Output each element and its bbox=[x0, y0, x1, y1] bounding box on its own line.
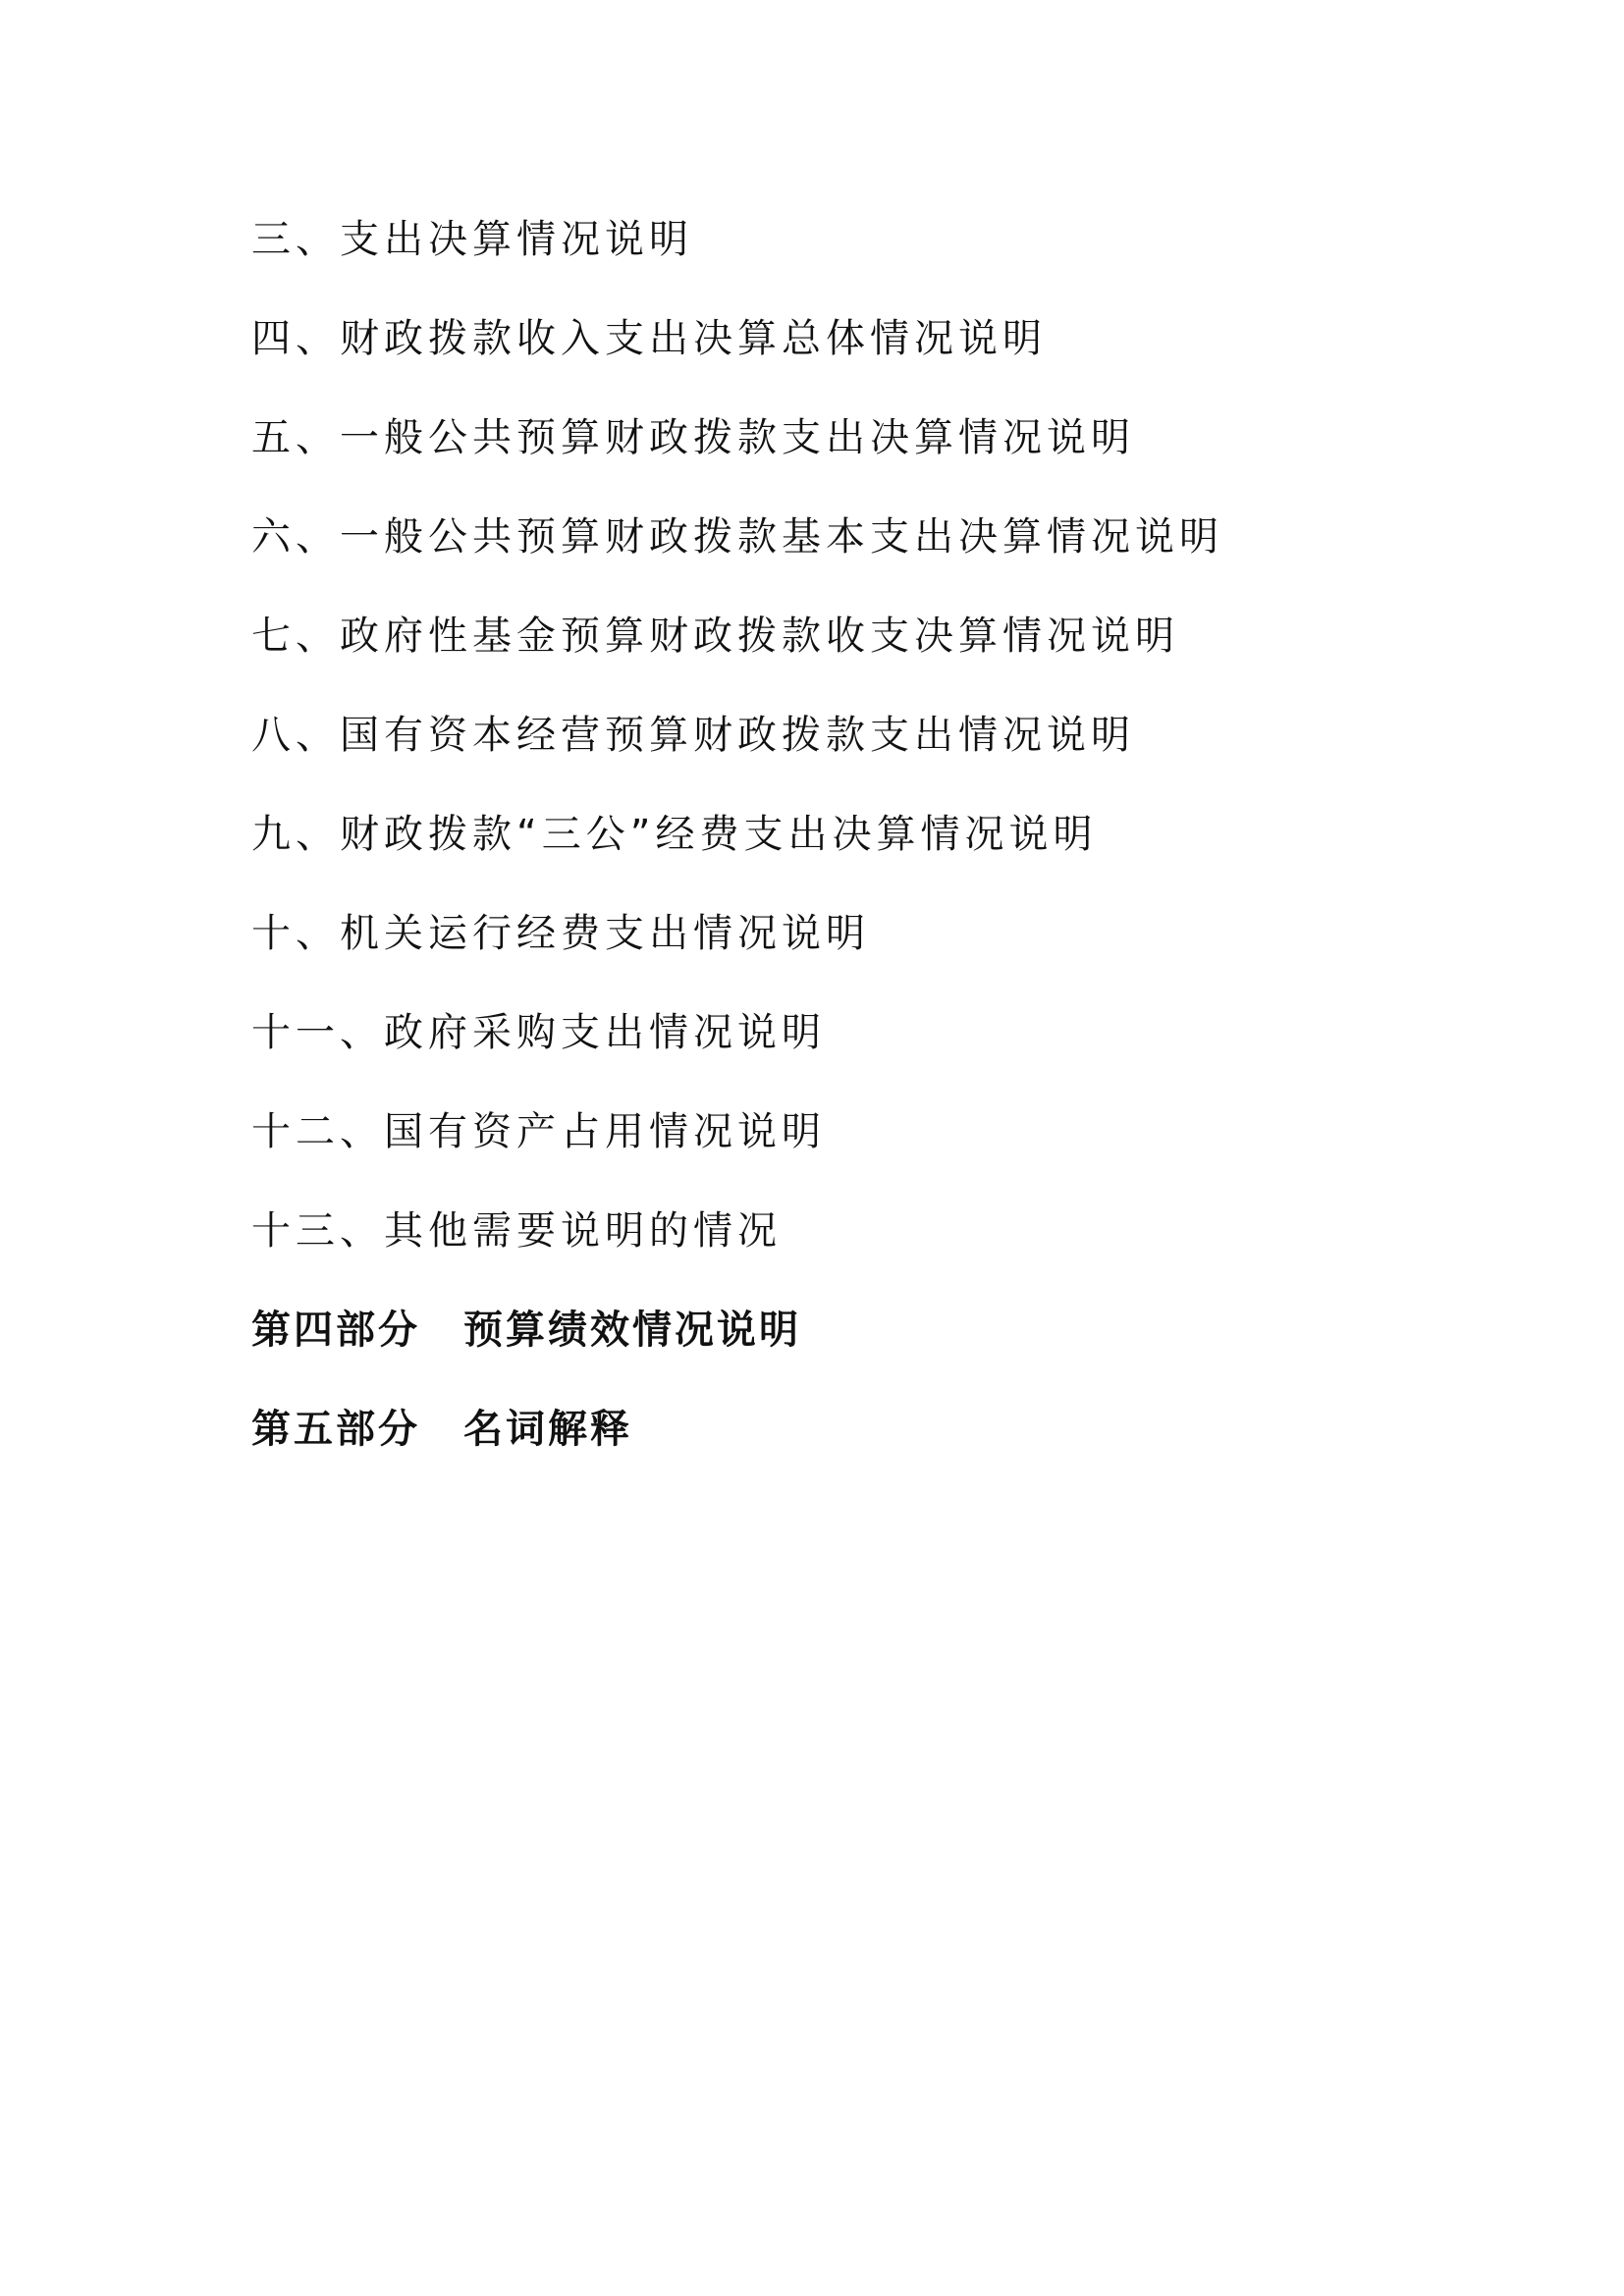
toc-item-part-4: 第四部分预算绩效情况说明 bbox=[251, 1301, 1223, 1400]
part-number: 第五部分 bbox=[251, 1407, 420, 1452]
toc-item-section-13: 十三、其他需要说明的情况 bbox=[251, 1201, 1223, 1301]
toc-item-section-10: 十、机关运行经费支出情况说明 bbox=[251, 904, 1223, 1003]
toc-item-part-5: 第五部分名词解释 bbox=[251, 1400, 1223, 1499]
toc-item-section-3: 三、支出决算情况说明 bbox=[251, 210, 1223, 309]
toc-item-section-6: 六、一般公共预算财政拨款基本支出决算情况说明 bbox=[251, 507, 1223, 607]
toc-item-section-7: 七、政府性基金预算财政拨款收支决算情况说明 bbox=[251, 607, 1223, 706]
toc-item-section-8: 八、国有资本经营预算财政拨款支出情况说明 bbox=[251, 706, 1223, 805]
part-number: 第四部分 bbox=[251, 1308, 420, 1353]
document-page: 三、支出决算情况说明 四、财政拨款收入支出决算总体情况说明 五、一般公共预算财政… bbox=[0, 0, 1624, 2296]
table-of-contents: 三、支出决算情况说明 四、财政拨款收入支出决算总体情况说明 五、一般公共预算财政… bbox=[251, 210, 1223, 1499]
toc-item-section-4: 四、财政拨款收入支出决算总体情况说明 bbox=[251, 309, 1223, 408]
toc-item-section-9: 九、财政拨款“三公”经费支出决算情况说明 bbox=[251, 805, 1223, 904]
toc-item-section-5: 五、一般公共预算财政拨款支出决算情况说明 bbox=[251, 408, 1223, 507]
part-title: 名词解释 bbox=[463, 1407, 632, 1452]
toc-item-section-11: 十一、政府采购支出情况说明 bbox=[251, 1003, 1223, 1102]
part-title: 预算绩效情况说明 bbox=[463, 1308, 801, 1353]
toc-item-section-12: 十二、国有资产占用情况说明 bbox=[251, 1102, 1223, 1201]
